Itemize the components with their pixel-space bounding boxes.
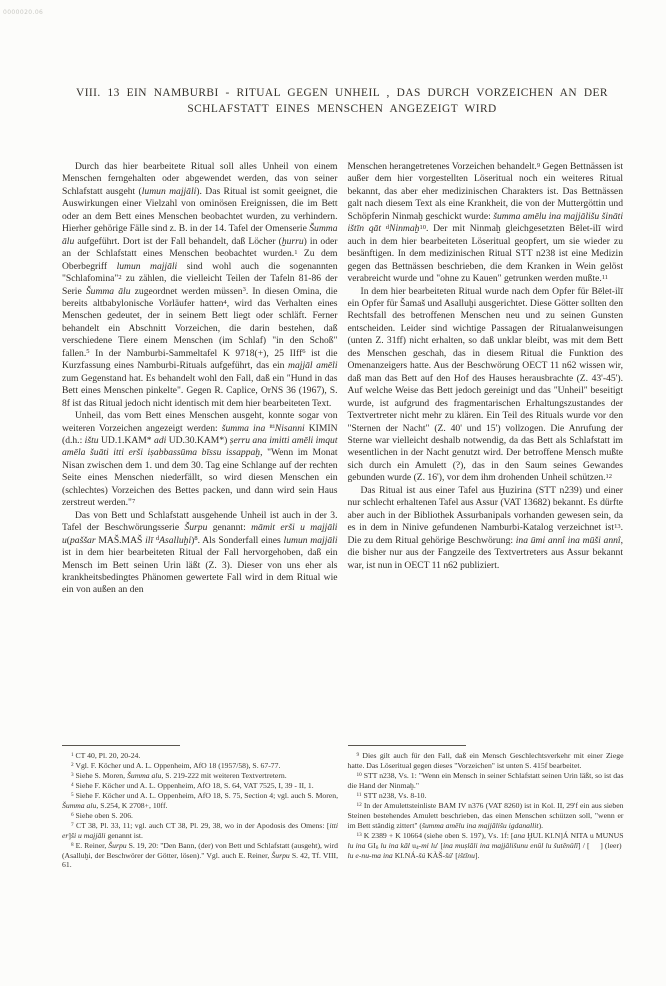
- footnote-separator-rule: [62, 745, 180, 746]
- footnote-separator-rule: [348, 745, 466, 746]
- chapter-title: VIII. 13 EIN NAMBURBI - RITUAL GEGEN UNH…: [53, 86, 631, 117]
- footnote: 4 Siehe F. Köcher und A. L. Oppenheim, A…: [62, 781, 338, 791]
- right-footnotes: 9 Dies gilt auch für den Fall, daß ein M…: [348, 745, 624, 860]
- two-column-text-area: Durch das hier bearbeitete Ritual soll a…: [62, 161, 623, 951]
- chapter-title-line2: SCHLAFSTATT EINES MENSCHEN ANGEZEIGT WIR…: [53, 102, 631, 118]
- footnote: 3 Siehe S. Moren, Šumma alu, S. 219-222 …: [62, 771, 338, 781]
- footnote: 6 Siehe oben S. 206.: [62, 811, 338, 821]
- paragraph: Durch das hier bearbeitete Ritual soll a…: [62, 161, 338, 410]
- footnote: 13 K 2389 + K 10664 (siehe oben S. 197),…: [348, 831, 624, 861]
- footnote: 11 STT n238, Vs. 8-10.: [348, 791, 624, 801]
- footnote: 1 CT 40, Pl. 20, 20-24.: [62, 751, 338, 761]
- footnote: 5 Siehe F. Köcher und A. L. Oppenheim, A…: [62, 791, 338, 811]
- footnote: 2 Vgl. F. Köcher und A. L. Oppenheim, Af…: [62, 761, 338, 771]
- left-column: Durch das hier bearbeitete Ritual soll a…: [62, 161, 338, 951]
- book-page: 0000020.06 VIII. 13 EIN NAMBURBI - RITUA…: [0, 0, 666, 986]
- paragraph: Menschen herangetretenes Vorzeichen beha…: [348, 161, 624, 286]
- paragraph: Unheil, das vom Bett eines Menschen ausg…: [62, 410, 338, 510]
- left-footnotes: 1 CT 40, Pl. 20, 20-24. 2 Vgl. F. Köcher…: [62, 745, 338, 870]
- right-column-body: Menschen herangetretenes Vorzeichen beha…: [348, 161, 624, 572]
- paragraph: Das Ritual ist aus einer Tafel aus Ḫuzir…: [348, 485, 624, 572]
- left-column-body: Durch das hier bearbeitete Ritual soll a…: [62, 161, 338, 597]
- footnote: 9 Dies gilt auch für den Fall, daß ein M…: [348, 751, 624, 771]
- right-column: Menschen herangetretenes Vorzeichen beha…: [348, 161, 624, 951]
- footnote: 10 STT n238, Vs. 1: "Wenn ein Mensch in …: [348, 771, 624, 791]
- paragraph: In dem hier bearbeiteten Ritual wurde na…: [348, 286, 624, 485]
- paragraph: Das von Bett und Schlafstatt ausgehende …: [62, 510, 338, 597]
- scan-artifact-text: 0000020.06: [3, 9, 43, 16]
- footnote: 8 E. Reiner, Šurpu S. 19, 20: "Den Bann,…: [62, 841, 338, 871]
- footnote: 7 CT 38, Pl. 33, 11; vgl. auch CT 38, Pl…: [62, 821, 338, 841]
- chapter-title-line1: VIII. 13 EIN NAMBURBI - RITUAL GEGEN UNH…: [53, 86, 631, 102]
- footnote: 12 In der Amulettsteinliste BAM IV n376 …: [348, 801, 624, 831]
